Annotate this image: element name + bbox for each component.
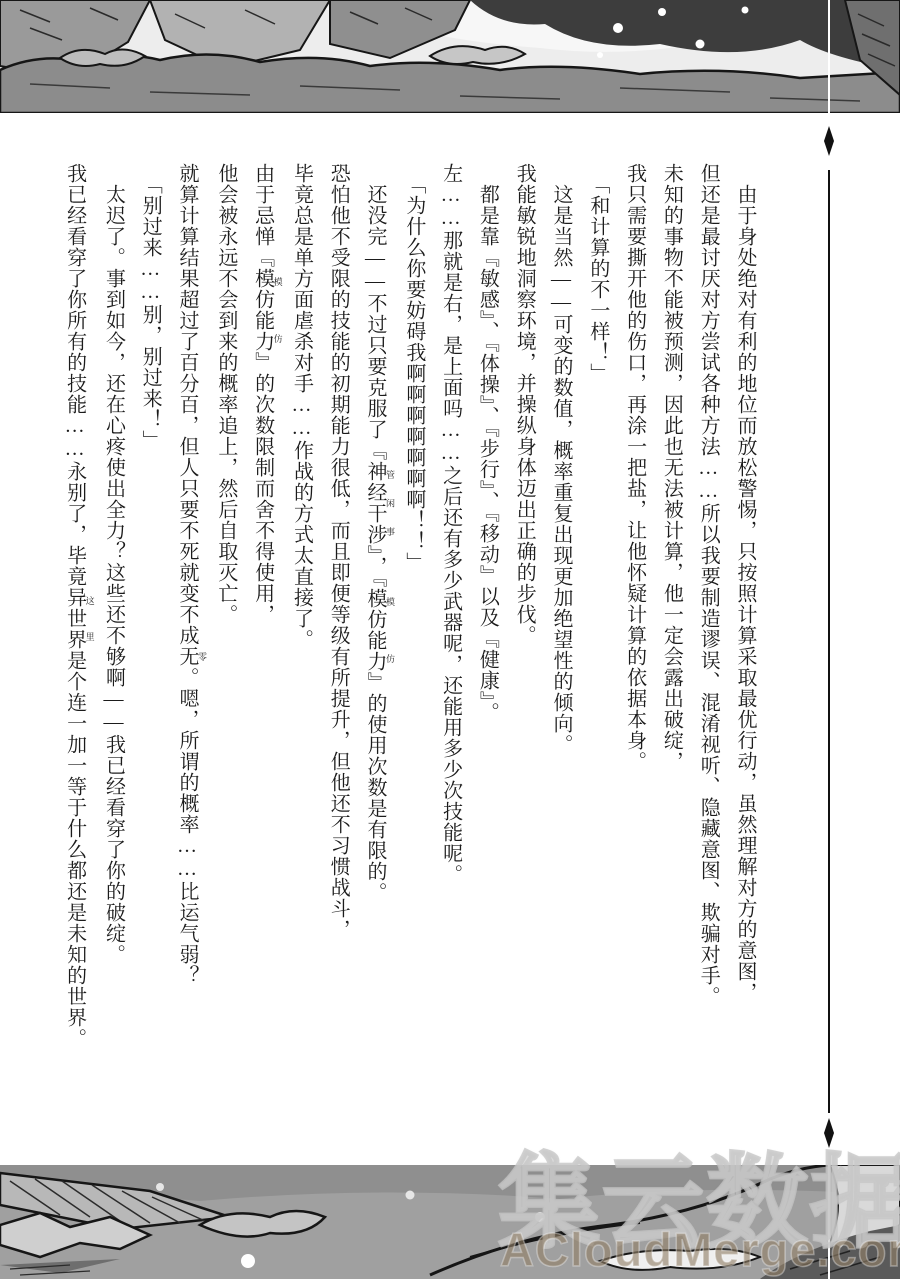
text-column-10: 「为什么你要妨碍我啊啊啊啊啊啊啊！！」 [395, 163, 432, 1058]
top-artwork [0, 0, 900, 113]
novel-text-block: 由于身处绝对有利的地位而放松警惕，只按照计算采取最优行动，虽然理解对方的意图，但… [62, 163, 763, 1058]
text-column-7: 我能敏锐地洞察环境，并操纵身体迈出正确的步伐。 [505, 163, 542, 1058]
divider-white-overlay-top [828, 0, 830, 113]
text-column-17: 「别过来……别，别过来！」 [131, 163, 168, 1058]
ruby-annotated-text: 异世界这里 [64, 587, 86, 650]
watermark-latin: ACloudMerge.com [500, 1222, 900, 1277]
text-column-13: 毕竟总是单方面虐杀对手……作战的方式太直接了。 [283, 163, 320, 1058]
divider-diamond-top-icon [823, 126, 835, 156]
ruby-annotated-text: 模仿能力模仿 [252, 268, 274, 352]
text-column-9: 左……那就是右，是上面吗……之后还有多少武器呢，还能用多少次技能呢。 [432, 163, 469, 1058]
text-column-4: 我只需要撕开他的伤口，再涂一把盐，让他怀疑计算的依据本身。 [616, 163, 653, 1058]
text-column-6: 这是当然——可变的数值，概率重复出现更加绝望性的倾向。 [542, 163, 579, 1058]
text-column-8: 都是靠『敏感』、『体操』、『步行』、『移动』以及『健康』。 [469, 163, 506, 1058]
text-column-1: 由于身处绝对有利的地位而放松警惕，只按照计算采取最优行动，虽然理解对方的意图， [726, 163, 763, 1058]
vertical-divider-line [828, 170, 830, 1113]
text-column-12: 恐怕他不受限的技能的初期能力很低，而且即便等级有所提升，但他还不习惯战斗， [319, 163, 356, 1058]
text-column-16: 就算计算结果超过了百分百，但人只要不死就变不成无零。嗯，所谓的概率……比运气弱？ [168, 163, 207, 1058]
text-column-2: 但还是最讨厌对方尝试各种方法……所以我要制造谬误、混淆视听、隐藏意图、欺骗对手。 [689, 163, 726, 1058]
text-column-14: 由于忌惮『模仿能力模仿』的次数限制而舍不得使用， [244, 163, 283, 1058]
text-column-5: 「和计算的不一样！」 [579, 163, 616, 1058]
text-column-11: 还没完——不过只要克服了『神经干涉管闲事』，『模仿能力模仿』的使用次数是有限的。 [356, 163, 395, 1058]
ruby-annotated-text: 神经干涉管闲事 [364, 461, 386, 545]
text-column-18: 太迟了。事到如今，还在心疼使出全力？这些还不够啊——我已经看穿了你的破绽。 [95, 163, 132, 1058]
ruby-annotated-text: 模仿能力模仿 [364, 588, 386, 672]
ruby-annotated-text: 无零 [176, 646, 198, 667]
text-column-3: 未知的事物不能被预测，因此也无法被计算，他一定会露出破绽， [653, 163, 690, 1058]
top-artwork-illustration [0, 0, 900, 113]
text-column-15: 他会被永远不会到来的概率追上，然后自取灭亡。 [207, 163, 244, 1058]
text-column-19: 我已经看穿了你所有的技能……永别了，毕竟异世界这里是个连一加一等于什么都还是未知… [56, 163, 95, 1058]
